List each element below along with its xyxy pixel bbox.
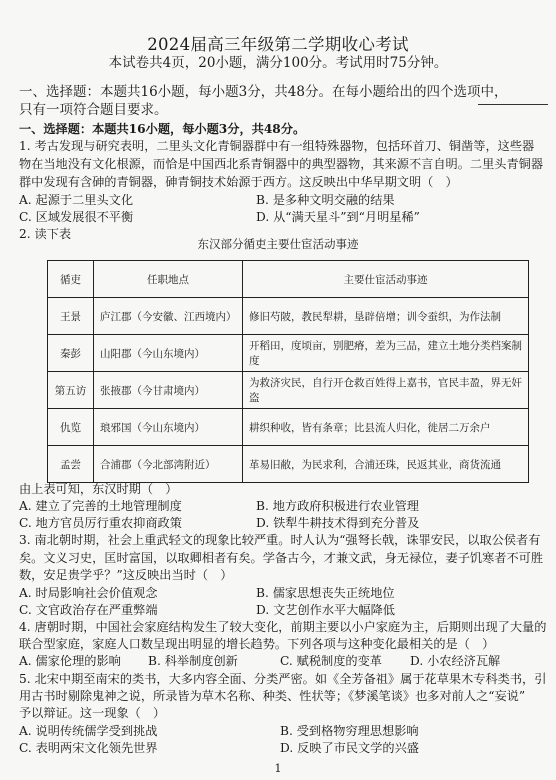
q3-option-d[interactable]: D. 文艺创作水平大幅降低 [256,601,395,619]
q3-option-a[interactable]: A. 时局影响社会价值观念 [19,584,157,602]
cell-deeds: 革易旧敝，为民求利，合浦还珠，民返其业，商货流通 [243,446,529,483]
q3-stem-line3: 数，安足贵学乎？”这反映出当时（ ） [19,566,232,584]
q1-stem-line2: 物在当地没有文化根源，而恰是中国西北系青铜器中的典型器物，其来源不言自明。二里头… [19,155,543,173]
q3-option-c[interactable]: C. 文官政治存在严重弊端 [19,601,158,619]
q2-option-c[interactable]: C. 地方官员厉行重农抑商政策 [19,514,182,532]
q4-option-a[interactable]: A. 儒家伦理的影响 [19,652,121,670]
exam-page: 2024届高三年级第二学期收心考试 本试卷共4页，20小题，满分100分。考试用… [0,0,556,780]
table-row: 王景 庐江郡（今安徽、江西境内） 修旧芍陂，教民犁耕，垦辟倍增；训令蚕织，为作法… [48,298,529,335]
q3-stem-line1: 3. 南北朝时期，社会上重武轻文的现象比较严重。时人认为“强弩长戟，诛罪安民，以… [19,531,540,549]
cell-deeds: 开稻田，度顷亩，别肥瘠，差为三品，建立土地分类档案制度 [243,335,529,372]
cell-official: 王景 [48,298,94,335]
q2-option-d[interactable]: D. 铁犁牛耕技术得到充分普及 [256,514,419,532]
q1-stem-line3: 群中发现有含砷的青铜器，砷青铜技术始源于西方。这反映出中华早期文明（ ） [19,173,458,191]
q5-option-a[interactable]: A. 说明传统儒学受到挑战 [19,722,157,740]
q5-stem-line2: 用古书时剔除鬼神之说，所录皆为草木名称、种类、性状等；《梦溪笔谈》也多对前人之“… [19,687,525,705]
section-heading-line2: 只有一项符合题目要求。 [19,101,168,119]
section-heading-repeat: 一、选择题：本题共16小题，每小题3分，共48分。 [19,120,305,138]
q3-stem-line2: 矣。文义习史，匡时富国，以取卿相者有矣。学备古今，才兼文武，身无禄位，妻子饥寒者… [19,549,543,567]
q2-option-a[interactable]: A. 建立了完善的土地管理制度 [19,497,182,515]
col-header-location: 任职地点 [94,261,243,298]
q1-option-a[interactable]: A. 起源于二里头文化 [19,191,133,209]
q5-option-b[interactable]: B. 受到格物穷理思想影响 [280,722,419,740]
cell-location: 合浦郡（今北部湾附近） [94,446,243,483]
cell-location: 琅邪国（今山东境内） [94,409,243,446]
table-row: 第五访 张掖郡（今甘肃境内） 为救济灾民，自行开仓救百姓得上嘉书，官民丰盈，界无… [48,372,529,409]
col-header-official: 循吏 [48,261,94,298]
cell-location: 山阳郡（今山东境内） [94,335,243,372]
cell-deeds: 为救济灾民，自行开仓救百姓得上嘉书，官民丰盈，界无奸盗 [243,372,529,409]
q2-option-b[interactable]: B. 地方政府积极进行农业管理 [256,497,419,515]
cell-official: 第五访 [48,372,94,409]
cell-official: 孟尝 [48,446,94,483]
divider [478,104,548,105]
exam-subtitle: 本试卷共4页，20小题，满分100分。考试用时75分钟。 [0,51,556,71]
q5-option-c[interactable]: C. 表明两宋文化领先世界 [19,739,158,757]
cell-deeds: 耕织种收，皆有条章；比县流人归化，徙居二万余户 [243,409,529,446]
cell-official: 秦彭 [48,335,94,372]
q3-option-b[interactable]: B. 儒家思想丧失正统地位 [256,584,395,602]
cell-location: 庐江郡（今安徽、江西境内） [94,298,243,335]
q4-option-c[interactable]: C. 赋税制度的变革 [280,652,382,670]
table-row: 孟尝 合浦郡（今北部湾附近） 革易旧敝，为民求利，合浦还珠，民返其业，商货流通 [48,446,529,483]
q1-option-b[interactable]: B. 是多种文明交融的结果 [256,191,395,209]
q5-option-d[interactable]: D. 反映了市民文学的兴盛 [280,739,419,757]
table-header-row: 循吏 任职地点 主要仕宦活动事迹 [48,261,529,298]
cell-official: 仇览 [48,409,94,446]
q1-option-d[interactable]: D. 从“满天星斗”到“月明星稀” [256,208,420,226]
table-row: 仇览 琅邪国（今山东境内） 耕织种收，皆有条章；比县流人归化，徙居二万余户 [48,409,529,446]
table-row: 秦彭 山阳郡（今山东境内） 开稻田，度顷亩，别肥瘠，差为三品，建立土地分类档案制… [48,335,529,372]
section-heading-line1: 一、选择题：本题共16小题，每小题3分，共48分。在每小题给出的四个选项中， [19,83,507,101]
q1-stem-line1: 1. 考古发现与研究表明，二里头文化青铜器群中有一组特殊器物，包括环首刀、铜凿等… [19,137,534,155]
cell-deeds: 修旧芍陂，教民犁耕，垦辟倍增；训令蚕织，为作法制 [243,298,529,335]
table-caption: 东汉部分循吏主要仕宦活动事迹 [0,236,556,252]
q2-stem-after: 由上表可知，东汉时期（ ） [19,480,177,498]
q4-stem-line1: 4. 唐朝时期，中国社会家庭结构发生了较大变化，前期主要以小户家庭为主，后期则出… [19,618,546,636]
col-header-deeds: 主要仕宦活动事迹 [243,261,529,298]
q4-stem-line2: 联合型家庭，家庭人口数呈现出明显的增长趋势。下列各项与这种变化最相关的是（ ） [19,635,494,653]
q5-stem-line3: 予以辩证。这一现象（ ） [19,704,165,722]
q4-option-d[interactable]: D. 小农经济瓦解 [410,652,500,670]
cell-location: 张掖郡（今甘肃境内） [94,372,243,409]
q5-stem-line1: 5. 北宋中期至南宋的类书，大多内容全面、分类严密。如《全芳备祖》属于花草果木专… [19,670,546,688]
page-number: 1 [0,762,556,775]
q1-option-c[interactable]: C. 区域发展很不平衡 [19,208,133,226]
q4-option-b[interactable]: B. 科举制度创新 [148,652,238,670]
officials-table: 循吏 任职地点 主要仕宦活动事迹 王景 庐江郡（今安徽、江西境内） 修旧芍陂，教… [47,260,529,483]
